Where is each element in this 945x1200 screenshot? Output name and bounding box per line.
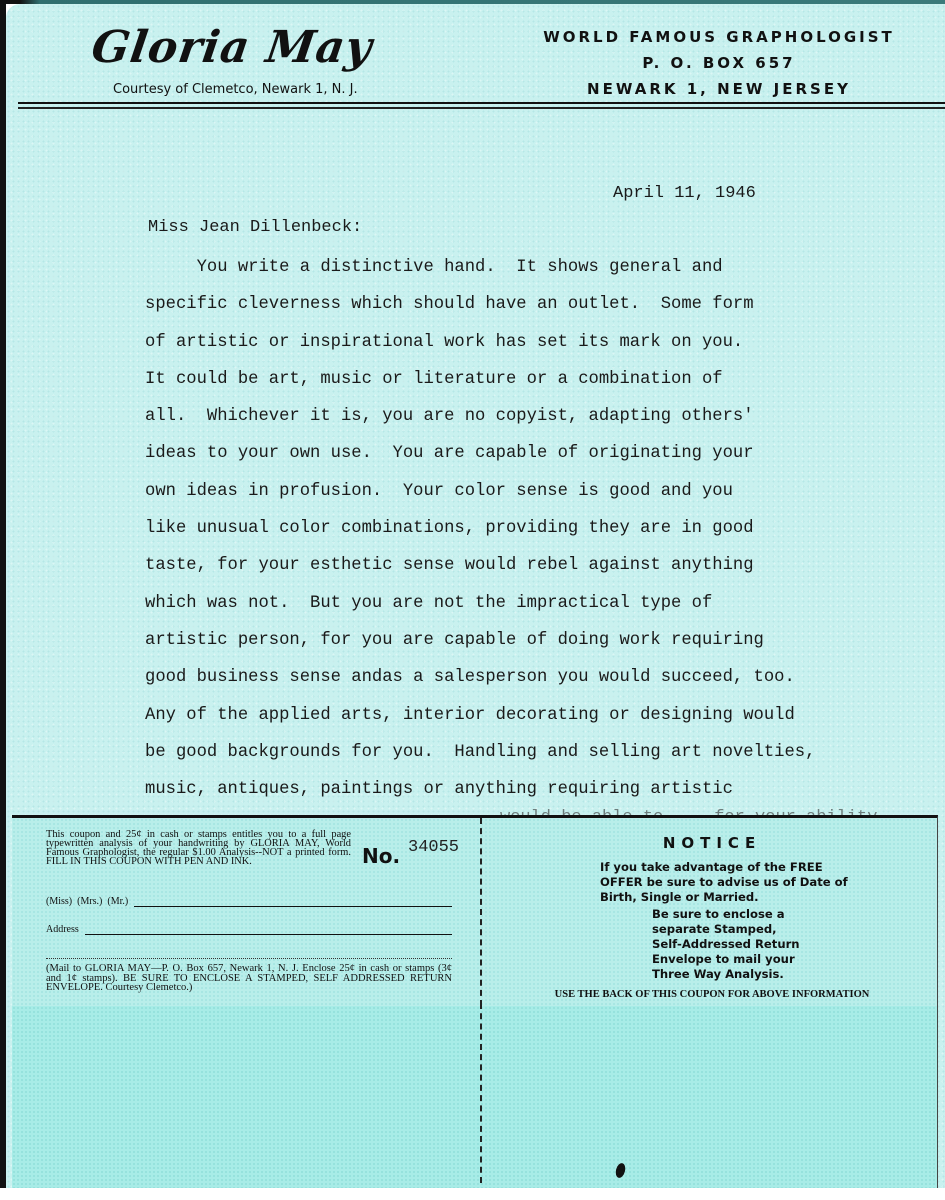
coupon-number-value: 34055 — [408, 838, 459, 857]
letter-line: It could be art, music or literature or … — [145, 367, 865, 404]
coupon-dotted-rule — [46, 958, 452, 959]
notice-line: Three Way Analysis. — [652, 967, 852, 982]
letter-line: taste, for your esthetic sense would reb… — [145, 553, 865, 590]
coupon-blank-area — [12, 1006, 937, 1188]
letterhead-rule-top — [18, 102, 945, 104]
letterhead-rule-bottom — [18, 107, 945, 109]
letter-line: artistic person, for you are capable of … — [145, 628, 865, 665]
letterhead-title: WORLD FAMOUS GRAPHOLOGIST — [529, 24, 909, 50]
letter-line: good business sense andas a salesperson … — [145, 665, 865, 702]
address-field-line[interactable] — [85, 926, 452, 935]
coupon-order-form: This coupon and 25¢ in cash or stamps en… — [12, 818, 477, 1008]
notice-line: separate Stamped, — [652, 922, 852, 937]
letter-salutation: Miss Jean Dillenbeck: — [148, 218, 362, 237]
letter-line: like unusual color combinations, providi… — [145, 516, 865, 553]
address-field-row[interactable]: Address — [46, 924, 452, 935]
order-coupon: This coupon and 25¢ in cash or stamps en… — [12, 815, 938, 1198]
notice-body: If you take advantage of the FREE OFFER … — [600, 860, 850, 905]
notice-line: Birth, Single or Married. — [600, 890, 850, 905]
letterhead-address-block: WORLD FAMOUS GRAPHOLOGIST P. O. BOX 657 … — [529, 24, 909, 102]
notice-envelope-instructions: Be sure to enclose a separate Stamped, S… — [652, 907, 852, 982]
letter-line: all. Whichever it is, you are no copyist… — [145, 404, 865, 441]
letter-line: own ideas in profusion. Your color sense… — [145, 479, 865, 516]
letter-line: ideas to your own use. You are capable o… — [145, 441, 865, 478]
letter-line: which was not. But you are not the impra… — [145, 591, 865, 628]
notice-title: NOTICE — [492, 834, 932, 852]
letterhead-city: NEWARK 1, NEW JERSEY — [529, 76, 909, 102]
letter-line: specific cleverness which should have an… — [145, 292, 865, 329]
mail-instructions: (Mail to GLORIA MAY—P. O. Box 657, Newar… — [46, 964, 452, 993]
letter-body: You write a distinctive hand. It shows g… — [145, 255, 865, 814]
courtesy-line: Courtesy of Clemetco, Newark 1, N. J. — [113, 82, 358, 97]
coupon-offer-text: This coupon and 25¢ in cash or stamps en… — [46, 830, 351, 866]
brand-name: Gloria May — [88, 22, 375, 73]
letter-line: Any of the applied arts, interior decora… — [145, 703, 865, 740]
name-field-row[interactable]: (Miss) (Mrs.) (Mr.) — [46, 896, 452, 907]
name-field-label: (Miss) (Mrs.) (Mr.) — [46, 896, 128, 907]
scan-bottom-edge — [0, 1188, 945, 1200]
notice-line: Be sure to enclose a — [652, 907, 852, 922]
notice-footer: USE THE BACK OF THIS COUPON FOR ABOVE IN… — [492, 989, 932, 1000]
notice-line: OFFER be sure to advise us of Date of — [600, 875, 850, 890]
notice-line: Self-Addressed Return — [652, 937, 852, 952]
notice-line: Envelope to mail your — [652, 952, 852, 967]
notice-line: If you take advantage of the FREE — [600, 860, 850, 875]
letterhead-po-box: P. O. BOX 657 — [529, 50, 909, 76]
address-field-label: Address — [46, 924, 79, 935]
letter-line: You write a distinctive hand. It shows g… — [145, 255, 865, 292]
perforation-line-lower — [480, 1003, 482, 1183]
letter-line: be good backgrounds for you. Handling an… — [145, 740, 865, 777]
name-field-line[interactable] — [134, 898, 452, 907]
letter-date: April 11, 1946 — [613, 184, 756, 203]
letter-line: of artistic or inspirational work has se… — [145, 330, 865, 367]
coupon-number-label: No. — [362, 844, 400, 868]
